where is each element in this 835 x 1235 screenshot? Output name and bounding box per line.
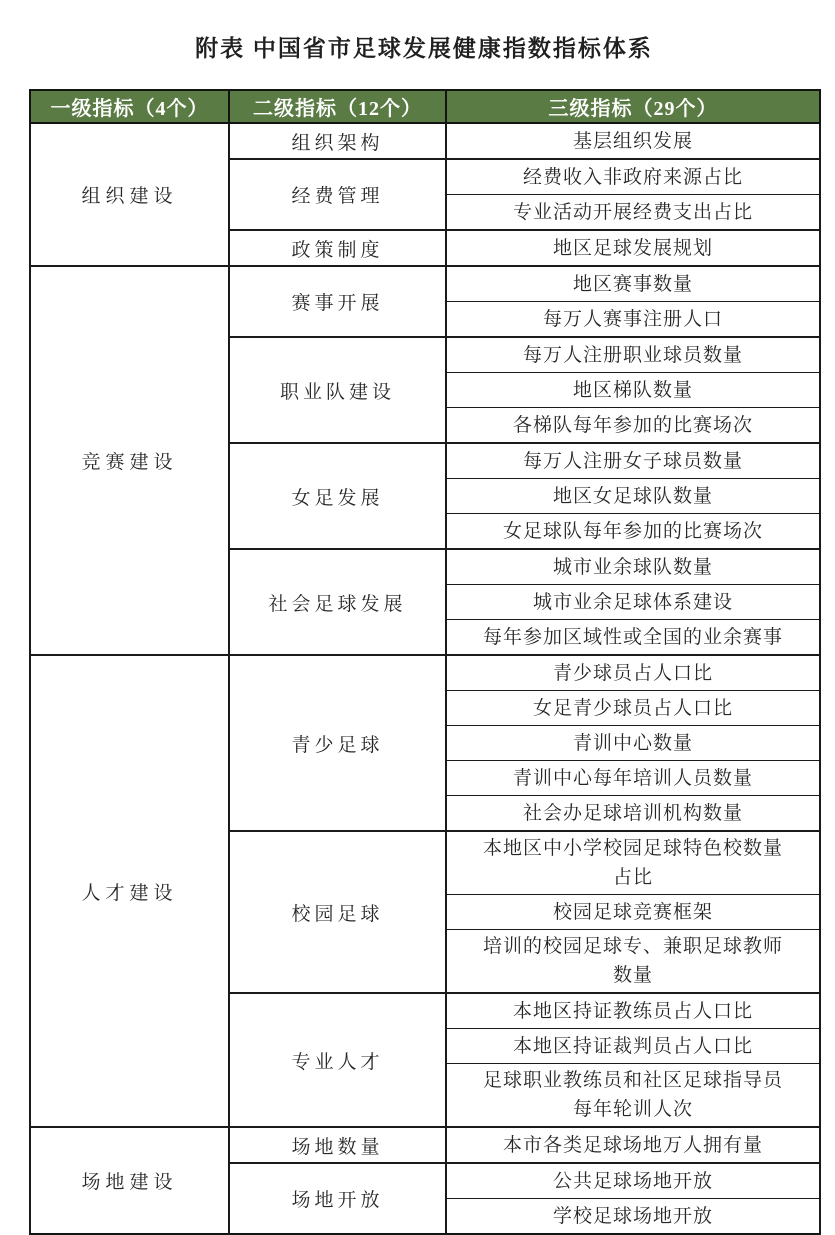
level2-cell: 经费管理 [229, 159, 446, 230]
level2-cell: 组织架构 [229, 123, 446, 159]
level2-cell: 专业人才 [229, 993, 446, 1127]
level2-cell: 场地数量 [229, 1127, 446, 1163]
header-level1: 一级指标（4个） [30, 90, 229, 123]
level3-cell: 城市业余球队数量 [446, 549, 820, 585]
level3-cell: 培训的校园足球专、兼职足球教师 数量 [446, 930, 820, 994]
level3-cell: 各梯队每年参加的比赛场次 [446, 408, 820, 444]
level1-cell: 场地建设 [30, 1127, 229, 1234]
level3-cell: 每年参加区域性或全国的业余赛事 [446, 620, 820, 656]
level2-cell: 女足发展 [229, 443, 446, 549]
level3-cell: 公共足球场地开放 [446, 1163, 820, 1199]
level3-cell: 地区赛事数量 [446, 266, 820, 302]
level1-cell: 组织建设 [30, 123, 229, 266]
level3-cell: 学校足球场地开放 [446, 1199, 820, 1235]
level2-cell: 政策制度 [229, 230, 446, 266]
level3-cell: 地区女足球队数量 [446, 479, 820, 514]
level2-cell: 校园足球 [229, 831, 446, 993]
header-row: 一级指标（4个） 二级指标（12个） 三级指标（29个） [30, 90, 820, 123]
level3-cell: 每万人注册职业球员数量 [446, 337, 820, 373]
table-row: 竞赛建设赛事开展地区赛事数量 [30, 266, 820, 302]
table-row: 人才建设青少足球青少球员占人口比 [30, 655, 820, 691]
level3-cell: 本地区持证教练员占人口比 [446, 993, 820, 1029]
header-level3: 三级指标（29个） [446, 90, 820, 123]
page-title: 附表 中国省市足球发展健康指数指标体系 [29, 30, 819, 63]
level3-cell: 地区梯队数量 [446, 373, 820, 408]
level1-cell: 竞赛建设 [30, 266, 229, 655]
level3-cell: 每万人赛事注册人口 [446, 302, 820, 338]
level3-cell: 青训中心数量 [446, 726, 820, 761]
table-row: 场地建设场地数量本市各类足球场地万人拥有量 [30, 1127, 820, 1163]
level3-cell: 本地区持证裁判员占人口比 [446, 1029, 820, 1064]
indicator-table: 一级指标（4个） 二级指标（12个） 三级指标（29个） 组织建设组织架构基层组… [29, 89, 821, 1235]
level3-cell: 足球职业教练员和社区足球指导员 每年轮训人次 [446, 1064, 820, 1128]
level2-cell: 社会足球发展 [229, 549, 446, 655]
level2-cell: 赛事开展 [229, 266, 446, 337]
level3-cell: 社会办足球培训机构数量 [446, 796, 820, 832]
level2-cell: 青少足球 [229, 655, 446, 831]
page: 附表 中国省市足球发展健康指数指标体系 一级指标（4个） 二级指标（12个） 三… [29, 0, 819, 1235]
level3-cell: 地区足球发展规划 [446, 230, 820, 266]
level3-cell: 基层组织发展 [446, 123, 820, 159]
level3-cell: 经费收入非政府来源占比 [446, 159, 820, 195]
level3-cell: 青少球员占人口比 [446, 655, 820, 691]
level3-cell: 女足青少球员占人口比 [446, 691, 820, 726]
level3-cell: 本地区中小学校园足球特色校数量 占比 [446, 831, 820, 895]
level3-cell: 本市各类足球场地万人拥有量 [446, 1127, 820, 1163]
level3-cell: 专业活动开展经费支出占比 [446, 195, 820, 231]
level1-cell: 人才建设 [30, 655, 229, 1127]
level3-cell: 每万人注册女子球员数量 [446, 443, 820, 479]
header-level2: 二级指标（12个） [229, 90, 446, 123]
level3-cell: 女足球队每年参加的比赛场次 [446, 514, 820, 550]
level3-cell: 城市业余足球体系建设 [446, 585, 820, 620]
table-row: 组织建设组织架构基层组织发展 [30, 123, 820, 159]
level3-cell: 校园足球竞赛框架 [446, 895, 820, 930]
level2-cell: 场地开放 [229, 1163, 446, 1234]
level3-cell: 青训中心每年培训人员数量 [446, 761, 820, 796]
level2-cell: 职业队建设 [229, 337, 446, 443]
